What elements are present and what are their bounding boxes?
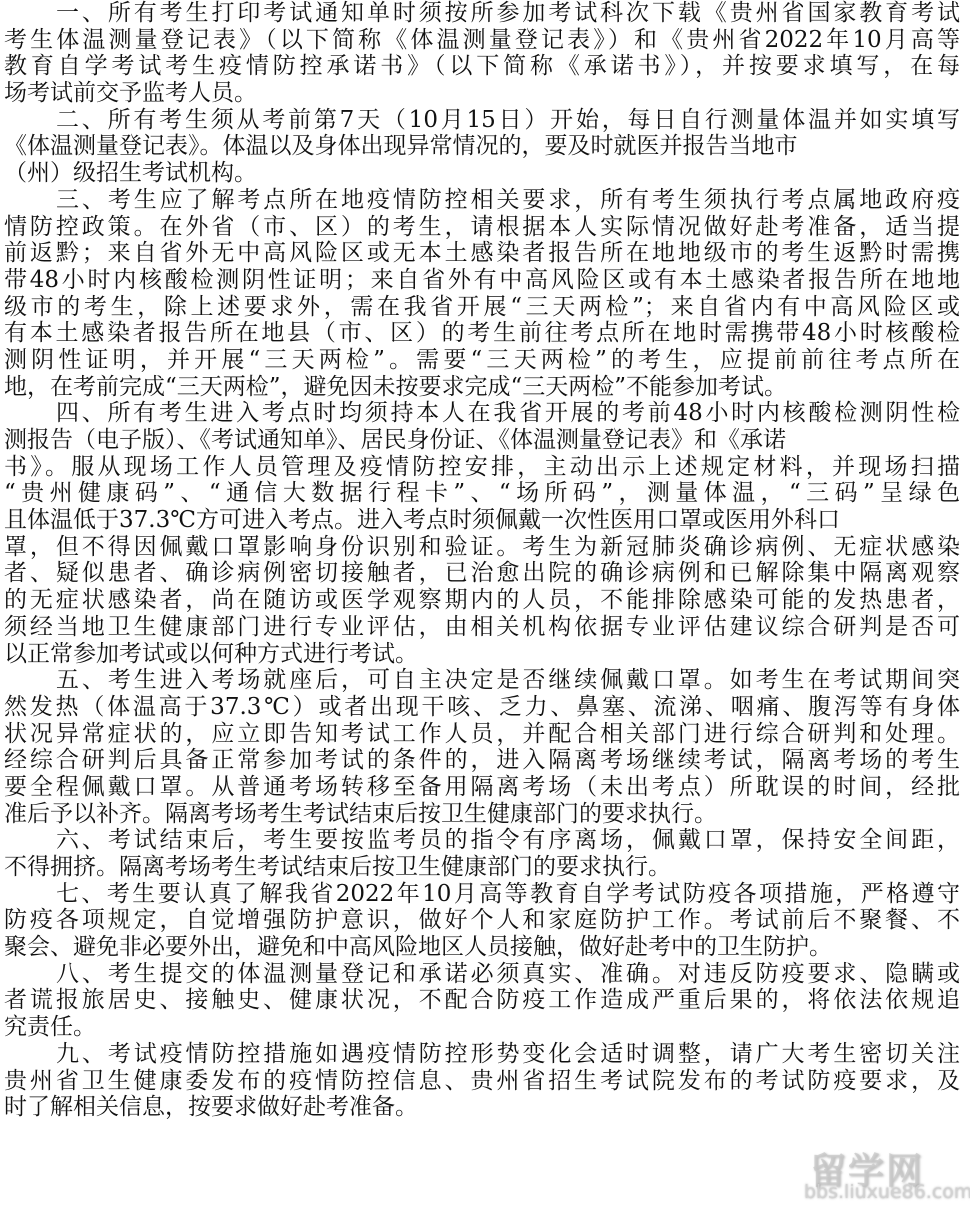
text-line: 罩，但不得因佩戴口罩影响身份识别和验证。考生为新冠肺炎确诊病例、无症状感染	[4, 534, 960, 561]
text-line: 四、所有考生进入考点时均须持本人在我省开展的考前48小时内核酸检测阴性检	[4, 400, 960, 427]
text-line: 以正常参加考试或以何种方式进行考试。	[4, 641, 960, 668]
paragraph-item-1: 一、所有考生打印考试通知单时须按所参加考试科次下载《贵州省国家教育考试 考生体温…	[4, 0, 960, 107]
text-line: 考生体温测量登记表》（以下简称《体温测量登记表》）和《贵州省2022年10月高等	[4, 27, 960, 54]
text-line: 须经当地卫生健康部门进行专业评估，由相关机构依据专业评估建议综合研判是否可	[4, 614, 960, 641]
text-line: 带48小时内核酸检测阴性证明；来自省外有中高风险区或有本土感染者报告所在地地	[4, 267, 960, 294]
watermark-url: bbs.liuxue86.com	[804, 1181, 970, 1203]
text-line: 准后予以补齐。隔离考场考生考试结束后按卫生健康部门的要求执行。	[4, 801, 960, 828]
text-line: 者、疑似患者、确诊病例密切接触者，已治愈出院的确诊病例和已解除集中隔离观察	[4, 560, 960, 587]
text-line: 地，在考前完成“三天两检”，避免因未按要求完成“三天两检”不能参加考试。	[4, 374, 960, 401]
site-watermark: 留学网 bbs.liuxue86.com	[800, 1143, 965, 1205]
paragraph-item-2: 二、所有考生须从考前第7天（10月15日）开始，每日自行测量体温并如实填写 《体…	[4, 107, 960, 187]
text-line: 场考试前交予监考人员。	[4, 80, 960, 107]
text-line: 者谎报旅居史、接触史、健康状况，不配合防疫工作造成严重后果的，将依法依规追	[4, 987, 960, 1014]
paragraph-item-3: 三、考生应了解考点所在地疫情防控相关要求，所有考生须执行考点属地政府疫 情防控政…	[4, 187, 960, 401]
text-line: 八、考生提交的体温测量登记和承诺必须真实、准确。对违反防疫要求、隐瞒或	[4, 961, 960, 988]
paragraph-item-9: 九、考试疫情防控措施如遇疫情防控形势变化会适时调整，请广大考生密切关注 贵州省卫…	[4, 1041, 960, 1121]
text-line: 七、考生要认真了解我省2022年10月高等教育自学考试防疫各项措施，严格遵守	[4, 881, 960, 908]
text-line: 有本土感染者报告所在地县（市、区）的考生前往考点所在地时需携带48小时核酸检	[4, 320, 960, 347]
text-line: 贵州省卫生健康委发布的疫情防控信息、贵州省招生考试院发布的考试防疫要求，及	[4, 1068, 960, 1095]
text-line: 《体温测量登记表》。体温以及身体出现异常情况的，要及时就医并报告当地市	[4, 133, 960, 160]
text-line: 测报告（电子版）、《考试通知单》、居民身份证、《体温测量登记表》和《承诺	[4, 427, 960, 454]
text-line: 防疫各项规定，自觉增强防护意识，做好个人和家庭防护工作。考试前后不聚餐、不	[4, 907, 960, 934]
text-line: 级市的考生，除上述要求外，需在我省开展“三天两检”；来自省内有中高风险区或	[4, 294, 960, 321]
text-line: 时了解相关信息，按要求做好赴考准备。	[4, 1094, 960, 1121]
text-line: 二、所有考生须从考前第7天（10月15日）开始，每日自行测量体温并如实填写	[4, 107, 960, 134]
text-line: 不得拥挤。隔离考场考生考试结束后按卫生健康部门的要求执行。	[4, 854, 960, 881]
text-line: 然发热（体温高于37.3℃）或者出现干咳、乏力、鼻塞、流涕、咽痛、腹泻等有身体	[4, 694, 960, 721]
text-line: 一、所有考生打印考试通知单时须按所参加考试科次下载《贵州省国家教育考试	[4, 0, 960, 27]
text-line: 要全程佩戴口罩。从普通考场转移至备用隔离考场（未出考点）所耽误的时间，经批	[4, 774, 960, 801]
text-line: 情防控政策。在外省（市、区）的考生，请根据本人实际情况做好赴考准备，适当提	[4, 214, 960, 241]
text-line: 聚会、避免非必要外出，避免和中高风险地区人员接触，做好赴考中的卫生防护。	[4, 934, 960, 961]
document-body: 一、所有考生打印考试通知单时须按所参加考试科次下载《贵州省国家教育考试 考生体温…	[4, 0, 960, 1121]
text-line: 测阴性证明，并开展“三天两检”。需要“三天两检”的考生，应提前前往考点所在	[4, 347, 960, 374]
paragraph-item-7: 七、考生要认真了解我省2022年10月高等教育自学考试防疫各项措施，严格遵守 防…	[4, 881, 960, 961]
text-line: 三、考生应了解考点所在地疫情防控相关要求，所有考生须执行考点属地政府疫	[4, 187, 960, 214]
text-line: 书》。服从现场工作人员管理及疫情防控安排，主动出示上述规定材料，并现场扫描	[4, 454, 960, 481]
text-line: “贵州健康码”、“通信大数据行程卡”、“场所码”，测量体温，“三码”呈绿色	[4, 480, 960, 507]
text-line: 五、考生进入考场就座后，可自主决定是否继续佩戴口罩。如考生在考试期间突	[4, 667, 960, 694]
paragraph-item-4: 四、所有考生进入考点时均须持本人在我省开展的考前48小时内核酸检测阴性检 测报告…	[4, 400, 960, 667]
paragraph-item-5: 五、考生进入考场就座后，可自主决定是否继续佩戴口罩。如考生在考试期间突 然发热（…	[4, 667, 960, 827]
text-line: （州）级招生考试机构。	[4, 160, 960, 187]
text-line: 状况异常症状的，应立即告知考试工作人员，并配合相关部门进行综合研判和处理。	[4, 721, 960, 748]
text-line: 的无症状感染者，尚在随访或医学观察期内的人员，不能排除感染可能的发热患者，	[4, 587, 960, 614]
text-line: 究责任。	[4, 1014, 960, 1041]
text-line: 经综合研判后具备正常参加考试的条件的，进入隔离考场继续考试，隔离考场的考生	[4, 747, 960, 774]
text-line: 教育自学考试考生疫情防控承诺书》（以下简称《承诺书》），并按要求填写，在每	[4, 53, 960, 80]
watermark-logo-text: 留学网	[810, 1143, 924, 1194]
paragraph-item-6: 六、考试结束后，考生要按监考员的指令有序离场，佩戴口罩，保持安全间距， 不得拥挤…	[4, 827, 960, 880]
paragraph-item-8: 八、考生提交的体温测量登记和承诺必须真实、准确。对违反防疫要求、隐瞒或 者谎报旅…	[4, 961, 960, 1041]
text-line: 前返黔；来自省外无中高风险区或无本土感染者报告所在地地级市的考生返黔时需携	[4, 240, 960, 267]
text-line: 且体温低于37.3℃方可进入考点。进入考点时须佩戴一次性医用口罩或医用外科口	[4, 507, 960, 534]
text-line: 九、考试疫情防控措施如遇疫情防控形势变化会适时调整，请广大考生密切关注	[4, 1041, 960, 1068]
text-line: 六、考试结束后，考生要按监考员的指令有序离场，佩戴口罩，保持安全间距，	[4, 827, 960, 854]
